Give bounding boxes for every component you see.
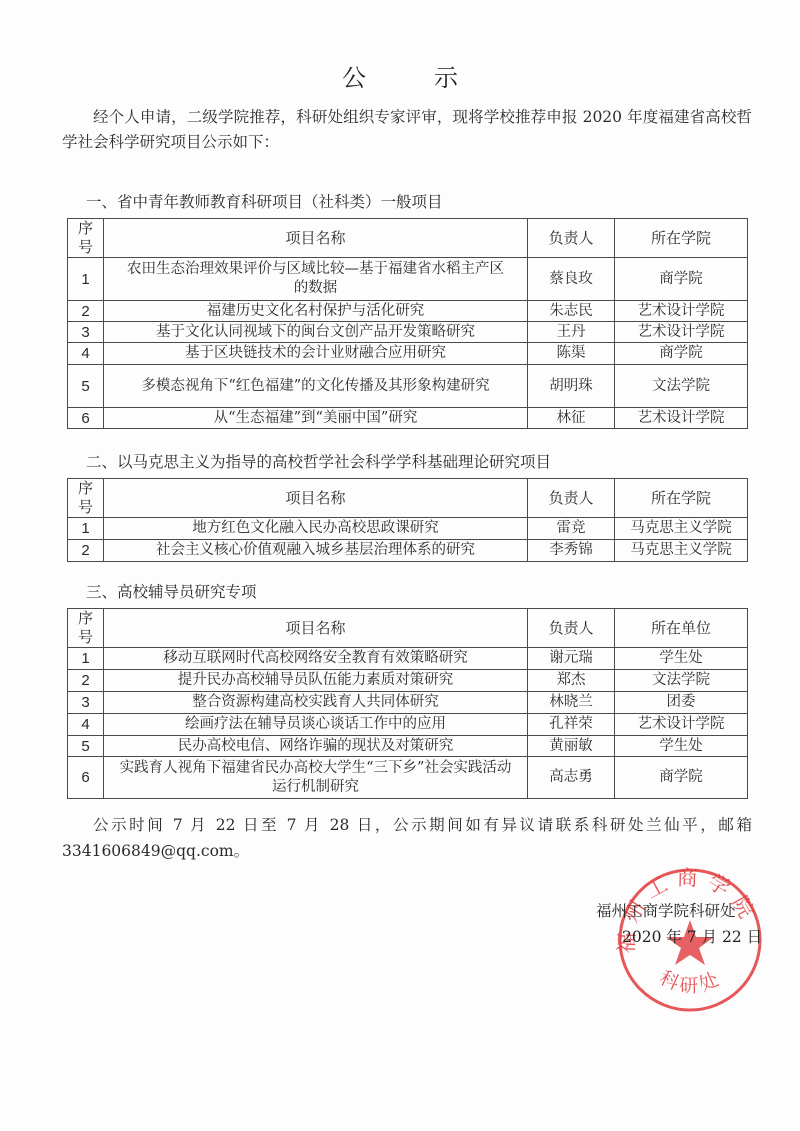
cell-unit: 艺术设计学院 (615, 408, 748, 429)
cell-leader: 郑杰 (528, 670, 615, 692)
column-header-seq: 序号 (68, 609, 104, 648)
column-header-name: 项目名称 (104, 609, 528, 648)
cell-seq: 5 (68, 736, 104, 757)
cell-project-name: 提升民办高校辅导员队伍能力素质对策研究 (104, 670, 528, 692)
cell-project-name: 基于文化认同视域下的闽台文创产品开发策略研究 (104, 322, 528, 343)
column-header-unit: 所在学院 (615, 479, 748, 518)
cell-leader: 雷竞 (528, 518, 615, 540)
table-row: 3 整合资源构建高校实践育人共同体研究 林晓兰 团委 (68, 692, 748, 714)
cell-project-name: 民办高校电信、网络诈骗的现状及对策研究 (104, 736, 528, 757)
column-header-unit: 所在单位 (615, 609, 748, 648)
page-title: 公 示 (0, 58, 800, 93)
table-header-row: 序号 项目名称 负责人 所在单位 (68, 609, 748, 648)
cell-unit: 学生处 (615, 648, 748, 670)
cell-leader: 林征 (528, 408, 615, 429)
column-header-name: 项目名称 (104, 479, 528, 518)
section-heading-1: 一、省中青年教师教育科研项目（社科类）一般项目 (86, 190, 443, 212)
cell-project-name: 福建历史文化名村保护与活化研究 (104, 301, 528, 322)
cell-project-name: 从“生态福建”到“美丽中国”研究 (104, 408, 528, 429)
cell-seq: 1 (68, 518, 104, 540)
cell-unit: 商学院 (615, 258, 748, 301)
cell-seq: 4 (68, 714, 104, 736)
cell-project-name: 多模态视角下“红色福建”的文化传播及其形象构建研究 (104, 365, 528, 408)
cell-leader: 林晓兰 (528, 692, 615, 714)
column-header-seq: 序号 (68, 479, 104, 518)
cell-unit: 团委 (615, 692, 748, 714)
cell-seq: 2 (68, 670, 104, 692)
cell-seq: 4 (68, 343, 104, 365)
cell-unit: 马克思主义学院 (615, 540, 748, 562)
column-header-leader: 负责人 (528, 609, 615, 648)
cell-leader: 胡明珠 (528, 365, 615, 408)
project-table-3: 序号 项目名称 负责人 所在单位 1 移动互联网时代高校网络安全教育有效策略研究… (67, 608, 748, 799)
cell-leader: 高志勇 (528, 757, 615, 799)
cell-seq: 6 (68, 757, 104, 799)
cell-leader: 朱志民 (528, 301, 615, 322)
signature-date: 2020 年 7 月 22 日 (622, 925, 762, 947)
cell-project-name: 基于区块链技术的会计业财融合应用研究 (104, 343, 528, 365)
column-header-name: 项目名称 (104, 219, 528, 258)
section-heading-2: 二、以马克思主义为指导的高校哲学社会科学学科基础理论研究项目 (86, 450, 551, 472)
intro-paragraph: 经个人申请，二级学院推荐，科研处组织专家评审，现将学校推荐申报 2020 年度福… (62, 105, 752, 155)
cell-unit: 马克思主义学院 (615, 518, 748, 540)
cell-leader: 黄丽敏 (528, 736, 615, 757)
notice-paragraph: 公示时间 7 月 22 日至 7 月 28 日，公示期间如有异议请联系科研处兰仙… (62, 812, 752, 864)
cell-leader: 孔祥荣 (528, 714, 615, 736)
table-row: 1 地方红色文化融入民办高校思政课研究 雷竞 马克思主义学院 (68, 518, 748, 540)
cell-unit: 学生处 (615, 736, 748, 757)
table-row: 5 民办高校电信、网络诈骗的现状及对策研究 黄丽敏 学生处 (68, 736, 748, 757)
cell-unit: 文法学院 (615, 365, 748, 408)
cell-project-name: 农田生态治理效果评价与区域比较—基于福建省水稻主产区的数据 (104, 258, 528, 301)
cell-project-name: 移动互联网时代高校网络安全教育有效策略研究 (104, 648, 528, 670)
table-row: 1 移动互联网时代高校网络安全教育有效策略研究 谢元瑞 学生处 (68, 648, 748, 670)
seal-bottom-text: 科研处 (656, 967, 726, 997)
cell-seq: 3 (68, 322, 104, 343)
cell-project-name: 绘画疗法在辅导员谈心谈话工作中的应用 (104, 714, 528, 736)
table-header-row: 序号 项目名称 负责人 所在学院 (68, 479, 748, 518)
cell-leader: 王丹 (528, 322, 615, 343)
cell-unit: 商学院 (615, 343, 748, 365)
column-header-leader: 负责人 (528, 479, 615, 518)
table-row: 4 绘画疗法在辅导员谈心谈话工作中的应用 孔祥荣 艺术设计学院 (68, 714, 748, 736)
table-row: 6 从“生态福建”到“美丽中国”研究 林征 艺术设计学院 (68, 408, 748, 429)
section-heading-3: 三、高校辅导员研究专项 (86, 580, 257, 602)
project-table-1: 序号 项目名称 负责人 所在学院 1 农田生态治理效果评价与区域比较—基于福建省… (67, 218, 748, 429)
table-row: 2 社会主义核心价值观融入城乡基层治理体系的研究 李秀锦 马克思主义学院 (68, 540, 748, 562)
column-header-unit: 所在学院 (615, 219, 748, 258)
cell-seq: 1 (68, 258, 104, 301)
cell-project-name: 社会主义核心价值观融入城乡基层治理体系的研究 (104, 540, 528, 562)
cell-unit: 艺术设计学院 (615, 714, 748, 736)
table-row: 5 多模态视角下“红色福建”的文化传播及其形象构建研究 胡明珠 文法学院 (68, 365, 748, 408)
cell-project-name: 整合资源构建高校实践育人共同体研究 (104, 692, 528, 714)
cell-project-name: 地方红色文化融入民办高校思政课研究 (104, 518, 528, 540)
table-header-row: 序号 项目名称 负责人 所在学院 (68, 219, 748, 258)
cell-leader: 蔡良玫 (528, 258, 615, 301)
cell-unit: 商学院 (615, 757, 748, 799)
cell-unit: 艺术设计学院 (615, 301, 748, 322)
notice-page: 公 示 经个人申请，二级学院推荐，科研处组织专家评审，现将学校推荐申报 2020… (0, 0, 800, 1131)
column-header-leader: 负责人 (528, 219, 615, 258)
table-row: 3 基于文化认同视域下的闽台文创产品开发策略研究 王丹 艺术设计学院 (68, 322, 748, 343)
signature-org: 福州工商学院科研处 (596, 899, 736, 921)
cell-seq: 2 (68, 540, 104, 562)
table-row: 4 基于区块链技术的会计业财融合应用研究 陈渠 商学院 (68, 343, 748, 365)
cell-seq: 6 (68, 408, 104, 429)
cell-unit: 艺术设计学院 (615, 322, 748, 343)
cell-leader: 李秀锦 (528, 540, 615, 562)
cell-seq: 5 (68, 365, 104, 408)
column-header-seq: 序号 (68, 219, 104, 258)
cell-leader: 陈渠 (528, 343, 615, 365)
cell-project-name: 实践育人视角下福建省民办高校大学生“三下乡”社会实践活动运行机制研究 (104, 757, 528, 799)
cell-unit: 文法学院 (615, 670, 748, 692)
table-row: 2 提升民办高校辅导员队伍能力素质对策研究 郑杰 文法学院 (68, 670, 748, 692)
table-row: 6 实践育人视角下福建省民办高校大学生“三下乡”社会实践活动运行机制研究 高志勇… (68, 757, 748, 799)
project-table-2: 序号 项目名称 负责人 所在学院 1 地方红色文化融入民办高校思政课研究 雷竞 … (67, 478, 748, 562)
cell-seq: 3 (68, 692, 104, 714)
cell-seq: 1 (68, 648, 104, 670)
cell-leader: 谢元瑞 (528, 648, 615, 670)
table-row: 2 福建历史文化名村保护与活化研究 朱志民 艺术设计学院 (68, 301, 748, 322)
cell-seq: 2 (68, 301, 104, 322)
table-row: 1 农田生态治理效果评价与区域比较—基于福建省水稻主产区的数据 蔡良玫 商学院 (68, 258, 748, 301)
